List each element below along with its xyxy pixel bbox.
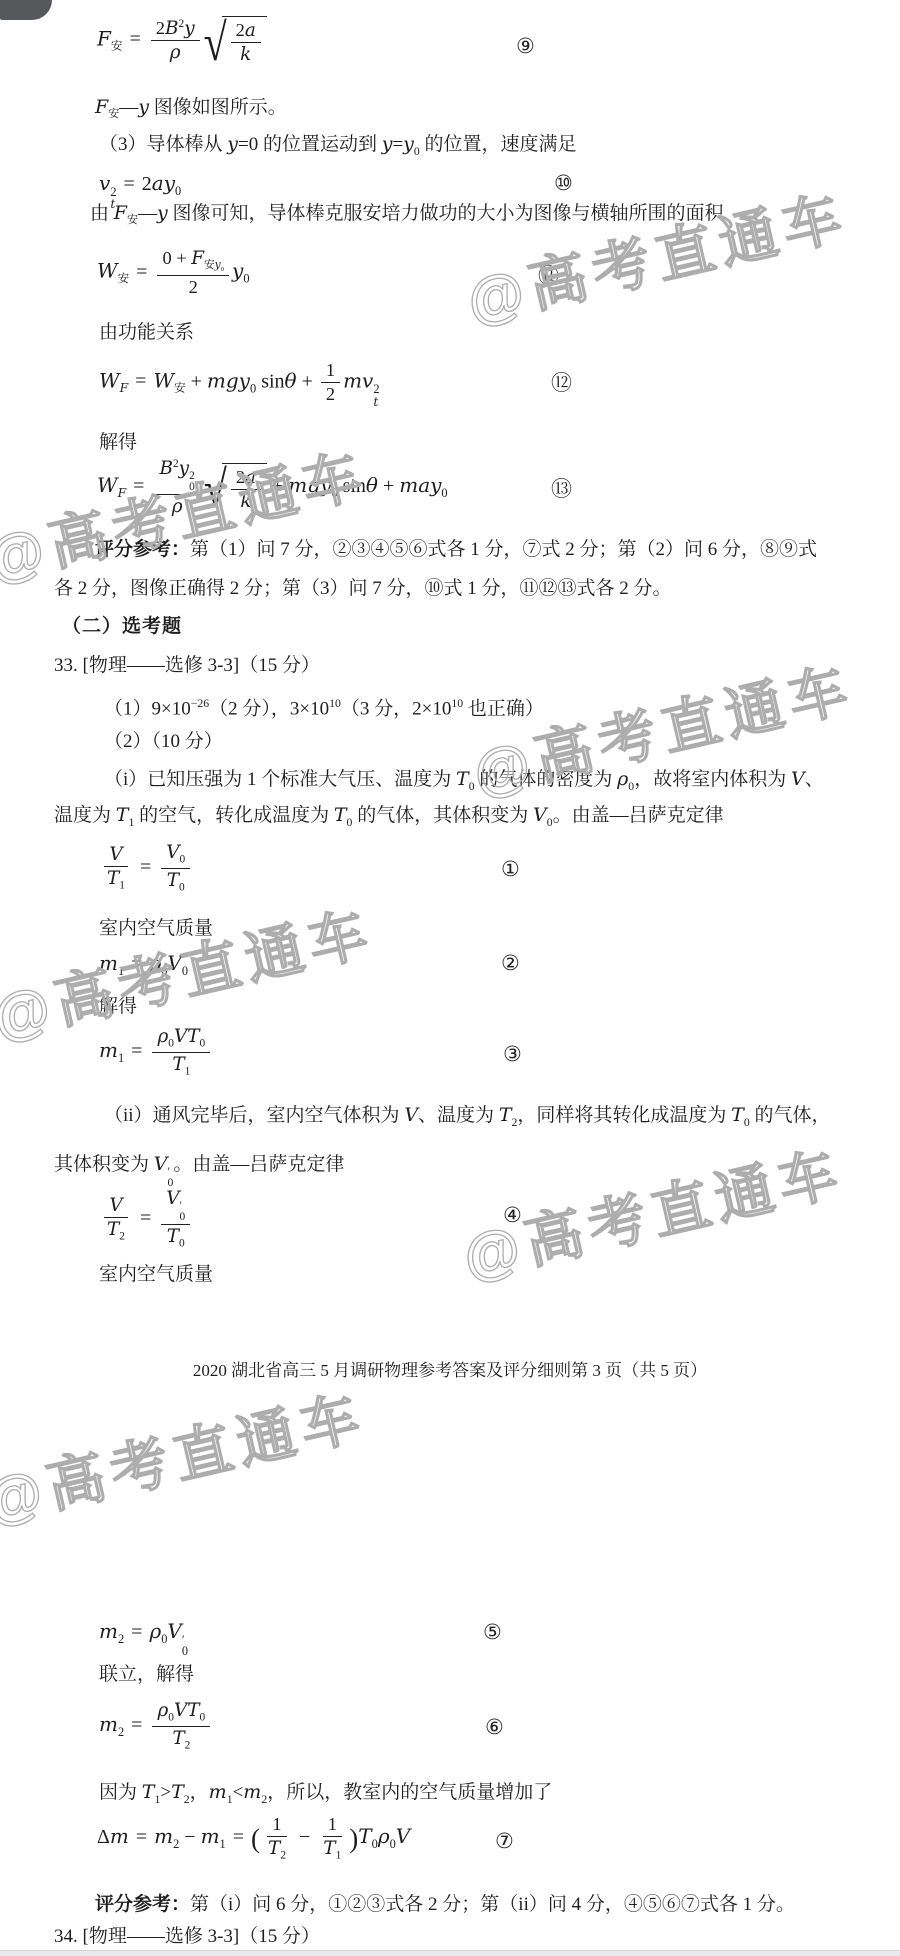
text-line-part-i-1: （i）已知压强为 1 个标准大气压、温度为 T0 的气体的密度为 ρ0，故将室内… xyxy=(104,766,824,800)
formula-7-math: Δm=m2 − m1=(1T2 − 1T1)T0ρ0V xyxy=(97,1814,410,1863)
corner-artifact xyxy=(0,0,52,20)
formula-5-tag: ⑤ xyxy=(483,1620,502,1644)
text-line-question-33: 33. [物理——选修 3-3]（15 分） xyxy=(54,653,320,679)
formula-13: WF=B2y20ρ√2ak + mgy0 sinθ + may0 xyxy=(97,458,448,517)
page-footer: 2020 湖北省高三 5 月调研物理参考答案及评分细则第 3 页（共 5 页） xyxy=(0,1356,900,1381)
formula-12-math: WF=W安 + mgy0 sinθ + 12mv2t xyxy=(99,360,380,408)
formula-1-tag: ① xyxy=(501,857,520,881)
formula-13-tag: ⑬ xyxy=(551,477,572,501)
formula-12-tag: ⑫ xyxy=(551,371,572,395)
text-line-air-mass-2: 室内空气质量 xyxy=(99,1262,213,1288)
formula-4-math: VT2=V′0T0 xyxy=(99,1188,193,1251)
text-line-scoring-1b: 各 2 分，图像正确得 2 分；第（3）问 7 分，⑩式 1 分，⑪⑫⑬式各 2… xyxy=(54,576,672,602)
formula-6-math: m2=ρ0VT0T2 xyxy=(99,1700,213,1753)
text-line-conclusion: 因为 T1>T2，m1<m2，所以，教室内的空气质量增加了 xyxy=(99,1779,552,1813)
text-line-combine-solve: 联立，解得 xyxy=(99,1662,194,1688)
formula-6-tag: ⑥ xyxy=(485,1715,504,1739)
text-line-work-energy: 由功能关系 xyxy=(99,320,194,346)
text-line-part-ii-2: 其体积变为 V′0。由盖—吕萨克定律 xyxy=(54,1151,344,1189)
formula-2-tag: ② xyxy=(501,951,520,975)
bottom-bar xyxy=(0,1950,900,1956)
formula-7-tag: ⑦ xyxy=(495,1829,514,1853)
text-line-answer-1: （1）9×10−26（2 分），3×1010（3 分，2×1010 也正确） xyxy=(104,691,544,722)
text-line-question-34: 34. [物理——选修 3-3]（15 分） xyxy=(54,1924,320,1950)
formula-4: VT2=V′0T0 xyxy=(99,1188,193,1251)
document-page: F安=2B2yρ√2ak ⑨ F安—y 图像如图所示。 （3）导体棒从 y=0 … xyxy=(0,0,900,1956)
formula-13-math: WF=B2y20ρ√2ak + mgy0 sinθ + may0 xyxy=(97,458,448,517)
formula-6: m2=ρ0VT0T2 xyxy=(99,1700,213,1753)
formula-1-math: VT1=V0T0 xyxy=(99,842,193,895)
formula-9-math: F安=2B2yρ√2ak xyxy=(97,16,267,65)
text-line-figure-note: F安—y 图像如图所示。 xyxy=(95,94,287,127)
text-line-part3: （3）导体棒从 y=0 的位置运动到 y=y0 的位置，速度满足 xyxy=(99,131,577,165)
section-heading-elective: （二）选考题 xyxy=(62,614,182,640)
formula-9-tag: ⑨ xyxy=(516,34,535,58)
formula-3-tag: ③ xyxy=(503,1042,522,1066)
text-line-solve-2: 解得 xyxy=(99,994,137,1020)
formula-1: VT1=V0T0 xyxy=(99,842,193,895)
formula-10-tag: ⑩ xyxy=(554,171,573,195)
formula-5: m2=ρ0V′0 xyxy=(99,1618,188,1658)
formula-9: F安=2B2yρ√2ak xyxy=(97,16,267,65)
formula-2-math: m1=ρ0V0 xyxy=(99,950,188,984)
text-line-scoring-1a: 评分参考：第（1）问 7 分，②③④⑤⑥式各 1 分，⑦式 2 分；第（2）问 … xyxy=(95,537,817,563)
formula-11-math: W安=0 + F安y02y0 xyxy=(97,248,250,298)
text-line-graph-area: 由 F安—y 图像可知，导体棒克服安培力做功的大小为图像与横轴所围的面积 xyxy=(90,200,723,233)
text-line-part-i-2: 温度为 T1 的空气，转化成温度为 T0 的气体，其体积变为 V0。由盖—吕萨克… xyxy=(54,802,724,836)
formula-3-math: m1=ρ0VT0T1 xyxy=(99,1026,213,1079)
text-line-scoring-2: 评分参考：第（i）问 6 分，①②③式各 2 分；第（ii）问 4 分，④⑤⑥⑦… xyxy=(95,1892,795,1918)
text-line-solve-1: 解得 xyxy=(99,430,137,456)
formula-7: Δm=m2 − m1=(1T2 − 1T1)T0ρ0V xyxy=(97,1814,410,1863)
formula-2: m1=ρ0V0 xyxy=(99,950,188,984)
watermark: @高考直通车 xyxy=(0,1369,373,1538)
text-line-answer-2: （2）（10 分） xyxy=(104,729,223,755)
formula-3: m1=ρ0VT0T1 xyxy=(99,1026,213,1079)
formula-11-tag: ⑪ xyxy=(538,264,559,288)
watermark: @高考直通车 xyxy=(458,169,855,338)
formula-12: WF=W安 + mgy0 sinθ + 12mv2t xyxy=(99,360,380,408)
text-line-air-mass-1: 室内空气质量 xyxy=(99,916,213,942)
formula-5-math: m2=ρ0V′0 xyxy=(99,1618,188,1658)
formula-4-tag: ④ xyxy=(503,1203,522,1227)
formula-11: W安=0 + F安y02y0 xyxy=(97,248,250,298)
text-line-part-ii-1: （ii）通风完毕后，室内空气体积为 V、温度为 T2，同样将其转化成温度为 T0… xyxy=(104,1102,831,1136)
